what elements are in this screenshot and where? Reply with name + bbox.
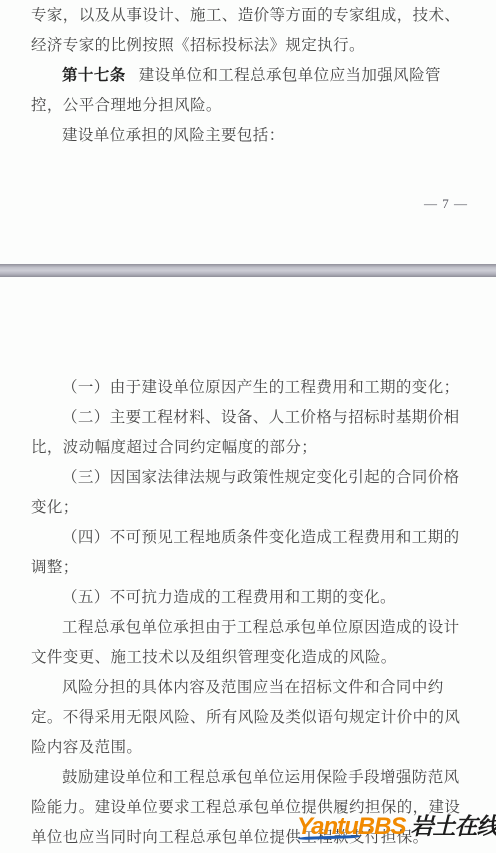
text-line: 风险分担的具体内容及范围应当在招标文件和合同中约 bbox=[31, 673, 468, 703]
article-number: 第十七条 bbox=[62, 67, 126, 84]
text-line: 定。不得采用无限风险、所有风险及类似语句规定计价中的风 bbox=[31, 703, 468, 733]
page-break-divider bbox=[0, 264, 496, 277]
text-line: （一）由于建设单位原因产生的工程费用和工期的变化； bbox=[31, 373, 468, 403]
page-number: — 7 — bbox=[31, 195, 468, 213]
text-line: （三）因国家法律法规与政策性规定变化引起的合同价格 bbox=[31, 463, 468, 493]
text-line-article-17: 第十七条建设单位和工程总承包单位应当加强风险管 bbox=[31, 61, 468, 91]
text-line: 单位也应当同时向工程总承包单位提供工程款支付担保。 bbox=[31, 823, 468, 853]
text-line: 险内容及范围。 bbox=[31, 733, 468, 763]
text-line: 比，波动幅度超过合同约定幅度的部分； bbox=[31, 433, 468, 463]
text-line: 工程总承包单位承担由于工程总承包单位原因造成的设计 bbox=[31, 613, 468, 643]
text-line: 调整； bbox=[31, 553, 468, 583]
text-line: 险能力。建设单位要求工程总承包单位提供履约担保的，建设 bbox=[31, 793, 468, 823]
text-line: 控，公平合理地分担风险。 bbox=[31, 91, 468, 121]
document-viewer: 专家，以及从事设计、施工、造价等方面的专家组成，技术、 经济专家的比例按照《招标… bbox=[0, 0, 496, 853]
page-8: （一）由于建设单位原因产生的工程费用和工期的变化； （二）主要工程材料、设备、人… bbox=[0, 277, 496, 853]
text-line: （二）主要工程材料、设备、人工价格与招标时基期价相 bbox=[31, 403, 468, 433]
text-line: 专家，以及从事设计、施工、造价等方面的专家组成，技术、 bbox=[31, 1, 468, 31]
text-line: 经济专家的比例按照《招标投标法》规定执行。 bbox=[31, 31, 468, 61]
article-text: 建设单位和工程总承包单位应当加强风险管 bbox=[139, 67, 441, 84]
text-line: 鼓励建设单位和工程总承包单位运用保险手段增强防范风 bbox=[31, 763, 468, 793]
text-line: 文件变更、施工技术以及组织管理变化造成的风险。 bbox=[31, 643, 468, 673]
text-line: 建设单位承担的风险主要包括： bbox=[31, 121, 468, 151]
text-line: （五）不可抗力造成的工程费用和工期的变化。 bbox=[31, 583, 468, 613]
text-line: （四）不可预见工程地质条件变化造成工程费用和工期的 bbox=[31, 523, 468, 553]
page-7: 专家，以及从事设计、施工、造价等方面的专家组成，技术、 经济专家的比例按照《招标… bbox=[0, 0, 496, 264]
text-line: 变化； bbox=[31, 493, 468, 523]
